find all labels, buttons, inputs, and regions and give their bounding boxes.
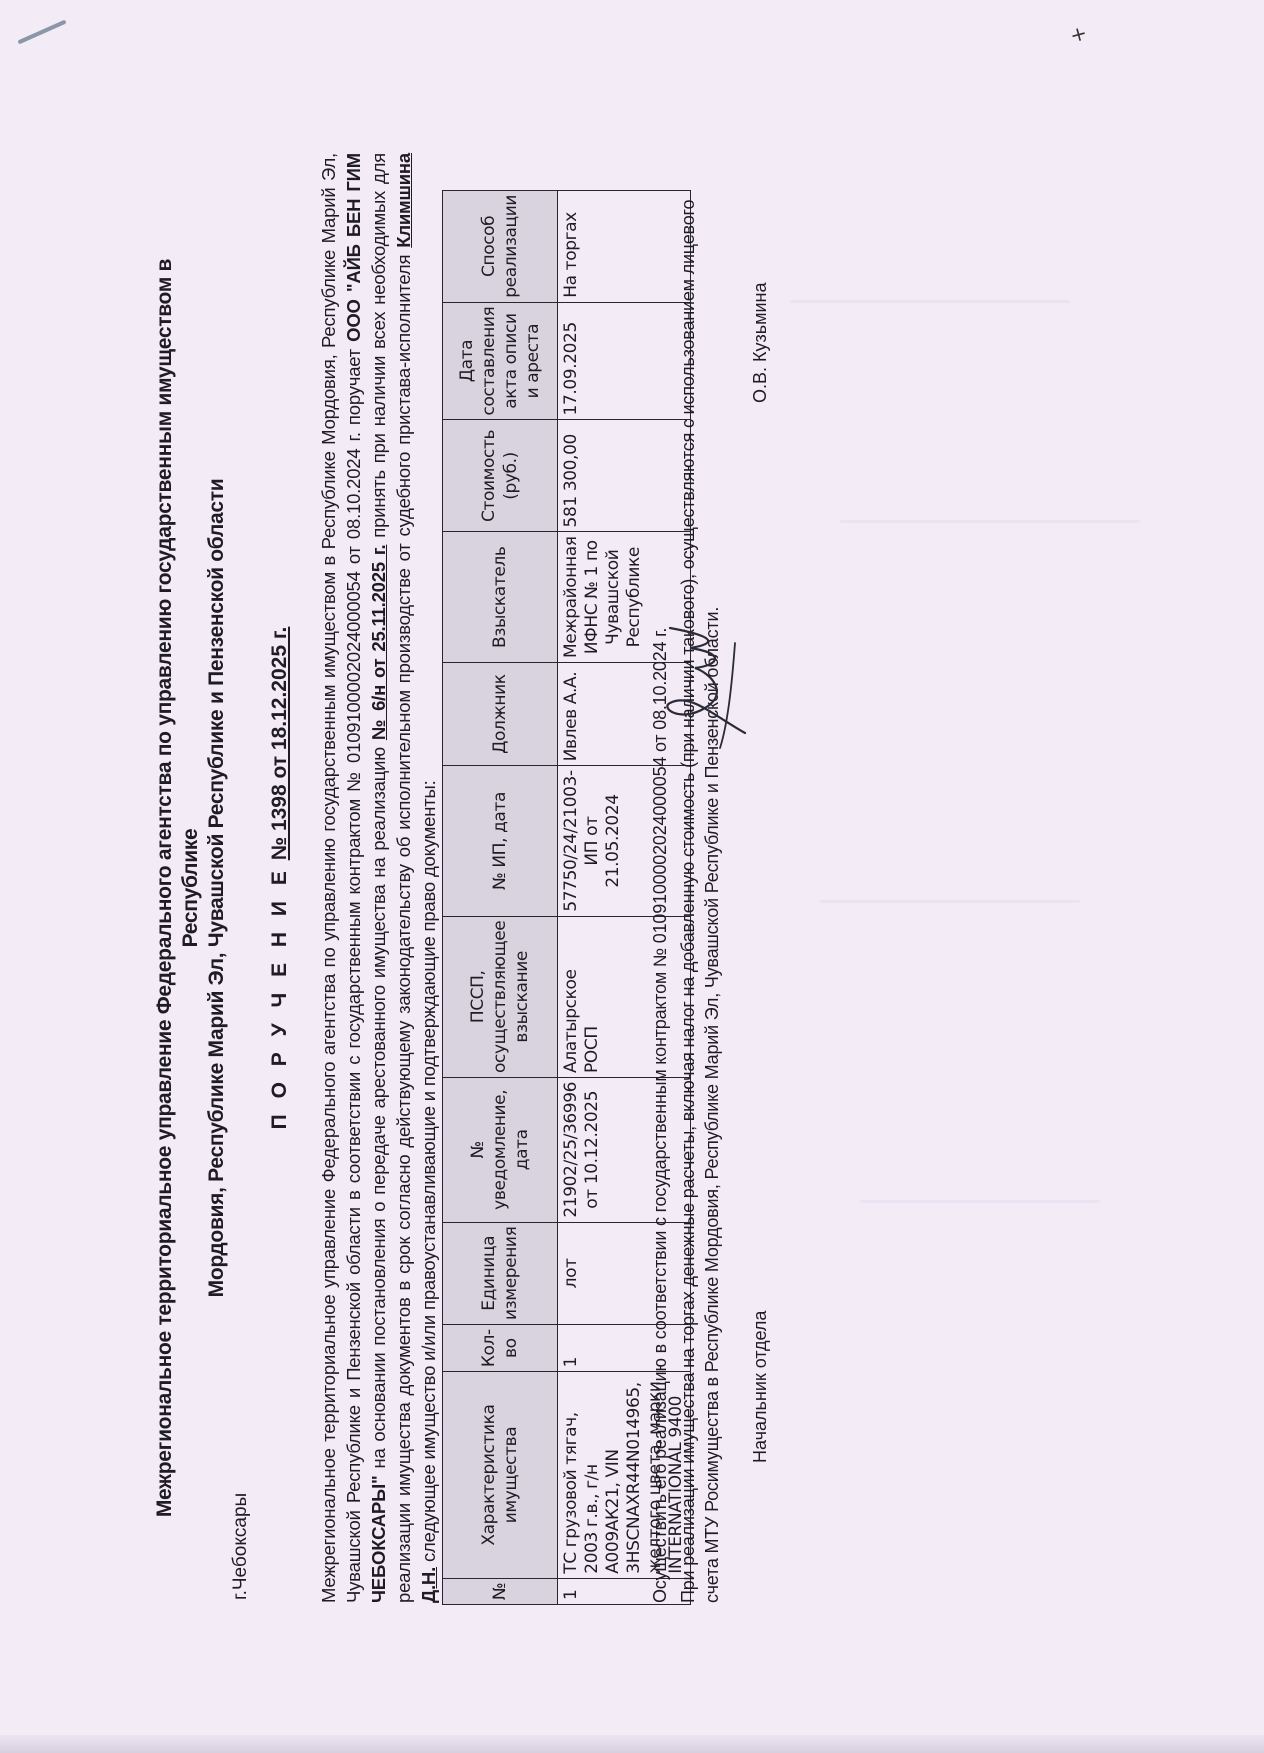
col-header: ПССП, осуществляющее взыскание xyxy=(443,916,558,1077)
document-page: Межрегиональное территориальное управлен… xyxy=(0,0,1264,1753)
col-header: № xyxy=(443,1578,558,1604)
col-header: № уведомление, дата xyxy=(443,1077,558,1222)
col-header: Стоимость (руб.) xyxy=(443,420,558,532)
header-line-1: Межрегиональное территориальное управлен… xyxy=(152,203,204,1573)
col-header: Способ реализации xyxy=(443,191,558,303)
table-header-row: № Характеристика имущества Кол-во Единиц… xyxy=(443,191,558,1605)
body-text-1: Межрегиональное территориальное управлен… xyxy=(318,153,364,1603)
order-number: № 1398 от 18.12.2025 г. xyxy=(268,627,291,861)
col-header: Кол-во xyxy=(443,1325,558,1372)
handwritten-signature xyxy=(650,613,770,753)
agency-header: Межрегиональное территориальное управлен… xyxy=(152,203,230,1573)
decree-number: № 6/н от 25.11.2025 г. xyxy=(368,545,389,741)
signatory-position: Начальник отдела xyxy=(750,1311,771,1463)
col-header: № ИП, дата xyxy=(443,766,558,916)
col-header: Взыскатель xyxy=(443,532,558,663)
col-header: Единица измерения xyxy=(443,1222,558,1324)
col-header: Характеристика имущества xyxy=(443,1372,558,1578)
header-line-2: Мордовия, Республике Марий Эл, Чувашской… xyxy=(204,203,230,1573)
city: г.Чебоксары xyxy=(230,1493,252,1600)
col-header: Дата составления акта описи и ареста xyxy=(443,302,558,420)
order-body: Межрегиональное территориальное управлен… xyxy=(316,153,441,1603)
body-text-4: следующее имущество и/или правоустанавли… xyxy=(418,780,439,1567)
signatory-name: О.В. Кузьмина xyxy=(750,282,771,403)
body-text-2: на основании постановления о передаче ар… xyxy=(368,740,389,1475)
document-title: П О Р У Ч Е Н И Е № 1398 от 18.12.2025 г… xyxy=(268,153,292,1603)
title-word: П О Р У Ч Е Н И Е xyxy=(268,866,291,1129)
col-header: Должник xyxy=(443,663,558,766)
footer-line-1: Осуществить его реализацию в соответстви… xyxy=(648,153,672,1603)
footer-line-2: При реализации имущества на торгах денеж… xyxy=(676,153,724,1603)
